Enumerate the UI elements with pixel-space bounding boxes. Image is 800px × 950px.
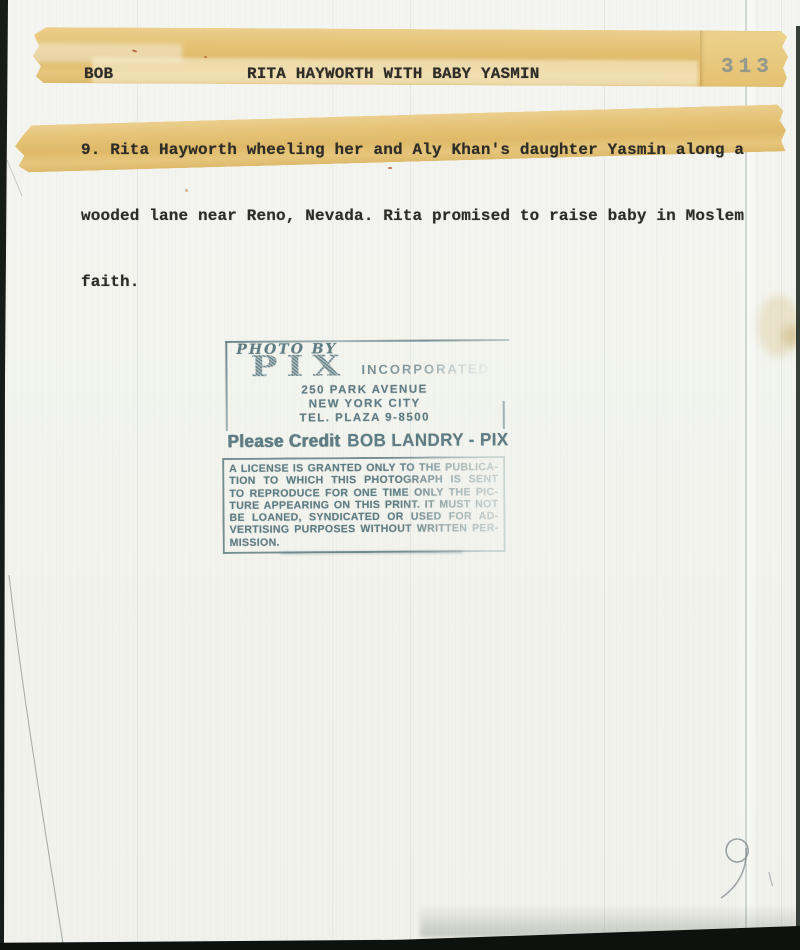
caption-line: faith.	[81, 271, 744, 293]
archive-number-stamp: 313	[721, 56, 774, 79]
license-line: MISSION.	[230, 535, 499, 549]
photographer-label: BOB	[84, 63, 113, 85]
credit-line: Please CreditBOB LANDRY - PIX	[222, 429, 514, 452]
red-speck	[388, 167, 392, 169]
typewritten-caption: 9. Rita Hayworth wheeling her and Aly Kh…	[81, 95, 744, 337]
phone-line: TEL. PLAZA 9-8500	[222, 411, 508, 425]
photo-verso-scan: BOB RITA HAYWORTH WITH BABY YASMIN 313 9…	[0, 0, 800, 950]
incorporated-label: INCORPORATED	[361, 361, 490, 377]
license-text: A LICENSE IS GRANTED ONLY TO THE PUBLICA…	[229, 461, 499, 549]
red-speck	[204, 56, 207, 58]
license-box: A LICENSE IS GRANTED ONLY TO THE PUBLICA…	[222, 456, 506, 554]
ink-smudge	[281, 550, 463, 554]
address-line-1: 250 PARK AVENUE	[222, 383, 508, 397]
crease-line	[9, 575, 64, 950]
pencil-tick	[769, 872, 773, 886]
scan-edge-right	[796, 26, 800, 950]
credit-prefix: Please Credit	[227, 431, 340, 452]
address-line-2: NEW YORK CITY	[222, 397, 508, 411]
caption-line: 9. Rita Hayworth wheeling her and Aly Kh…	[81, 139, 744, 161]
pix-agency-stamp: PHOTO BY PIX INCORPORATED 250 PARK AVENU…	[221, 331, 515, 565]
nine-tail	[721, 848, 746, 898]
license-line: VERTISING PURPOSES WITHOUT WRITTEN PER-	[230, 523, 499, 537]
credit-name: BOB LANDRY - PIX	[347, 430, 508, 451]
rust-speck	[185, 189, 188, 192]
caption-line: wooded lane near Reno, Nevada. Rita prom…	[81, 205, 744, 227]
pix-logo: PIX	[250, 349, 349, 383]
photo-title: RITA HAYWORTH WITH BABY YASMIN	[247, 63, 540, 85]
nine-loop	[726, 839, 748, 862]
scan-edge-left	[0, 0, 8, 950]
